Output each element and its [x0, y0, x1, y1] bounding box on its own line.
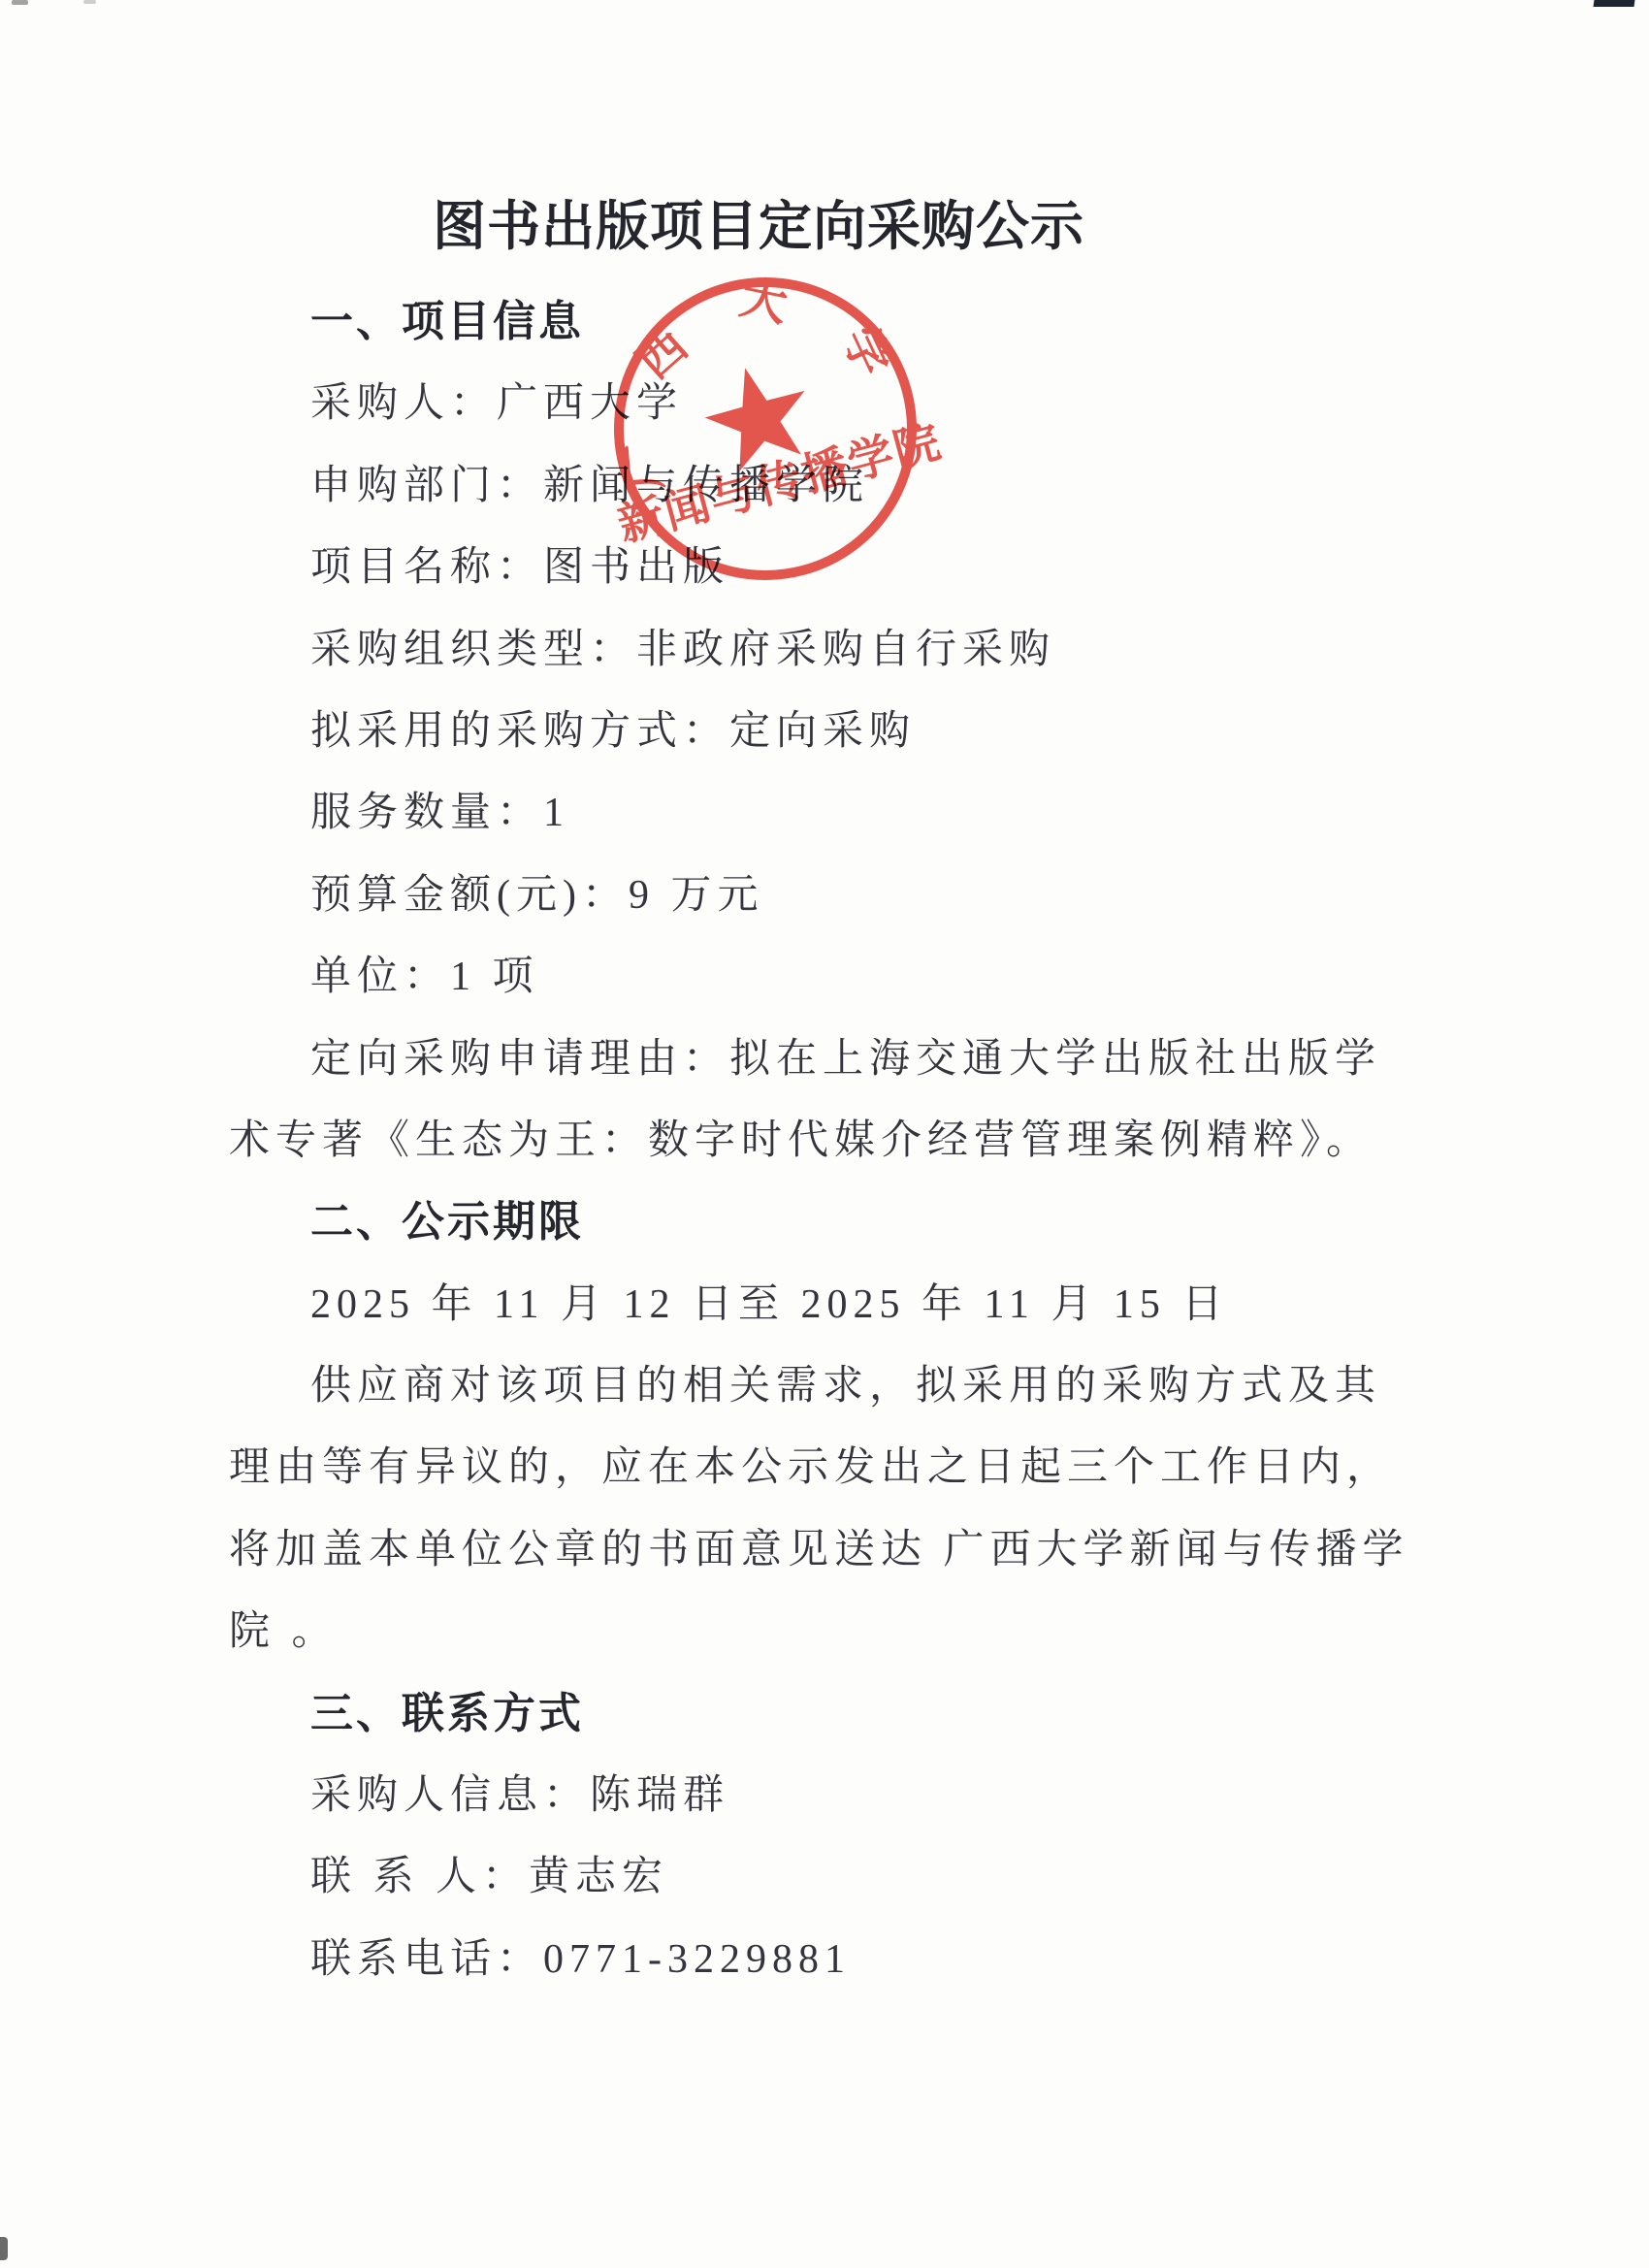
- doc-line-indent: 联系电话：0771-3229881: [229, 1919, 1480, 2000]
- scan-artifact-bottom-left: [0, 2237, 8, 2260]
- doc-line-indent: 采购人信息：陈瑞群: [229, 1755, 1480, 1836]
- scan-artifact-top-left-2: [83, 0, 96, 4]
- doc-line-indent: 供应商对该项目的相关需求，拟采用的采购方式及其: [229, 1345, 1480, 1427]
- doc-line-flush: 将加盖本单位公章的书面意见送达 广西大学新闻与传播学: [229, 1509, 1480, 1591]
- scan-artifact-top-left: [12, 0, 28, 5]
- doc-line-indent: 单位：1 项: [229, 936, 1480, 1018]
- document-title: 图书出版项目定向采购公示: [433, 192, 1084, 260]
- doc-line-indent: 定向采购申请理由：拟在上海交通大学出版社出版学: [229, 1019, 1480, 1100]
- scan-artifact-top-right: [1594, 0, 1635, 7]
- doc-line-flush: 术专著《生态为王：数字时代媒介经营管理案例精粹》。: [229, 1100, 1480, 1182]
- scanned-document-page: 图书出版项目定向采购公示 一、项目信息采购人：广西大学申购部门：新闻与传播学院项…: [0, 0, 1649, 2268]
- doc-line-indent: 拟采用的采购方式：定向采购: [229, 691, 1480, 772]
- doc-line-heading: 二、公示期限: [229, 1182, 1480, 1263]
- official-seal-stamp: 广西大学 新闻与传播学院: [595, 258, 944, 607]
- doc-line-indent: 2025 年 11 月 12 日至 2025 年 11 月 15 日: [229, 1264, 1480, 1345]
- doc-line-indent: 预算金额(元)：9 万元: [229, 855, 1480, 936]
- doc-line-indent: 联 系 人：黄志宏: [229, 1836, 1480, 1918]
- doc-line-heading: 三、联系方式: [229, 1673, 1480, 1755]
- doc-line-indent: 采购组织类型：非政府采购自行采购: [229, 609, 1480, 691]
- doc-line-flush: 院 。: [229, 1591, 1480, 1672]
- doc-line-indent: 服务数量：1: [229, 772, 1480, 854]
- doc-line-flush: 理由等有异议的，应在本公示发出之日起三个工作日内，: [229, 1427, 1480, 1508]
